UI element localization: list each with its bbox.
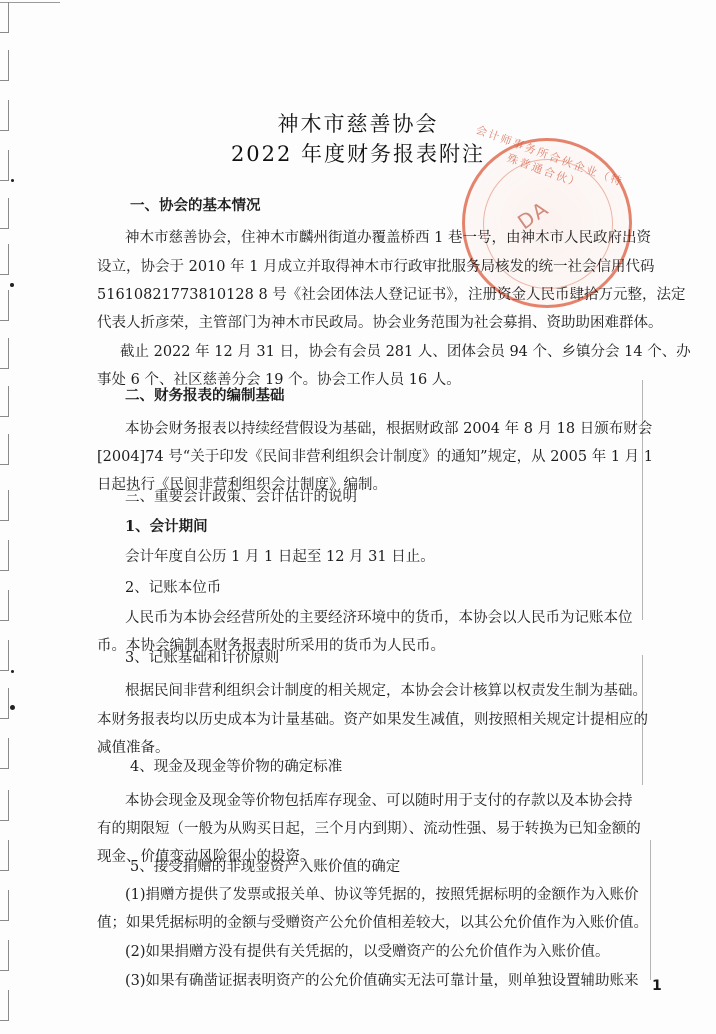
binding-mark [0, 244, 9, 275]
binding-mark [0, 198, 9, 229]
section-heading-1: 一、协会的基本情况 [130, 196, 261, 216]
scan-speck [10, 283, 14, 287]
paragraph-line: 减值准备。 [97, 738, 170, 758]
binding-mark [0, 590, 9, 621]
paragraph-line: 截止 2022 年 12 月 31 日，协会有会员 281 人、团体会员 94 … [120, 342, 691, 362]
binding-mark [0, 434, 9, 465]
page-number: 1 [652, 978, 662, 994]
paragraph-line: 人民币为本协会经营所处的主要经济环境中的货币，本协会以人民币为记账本位 [125, 608, 633, 628]
paragraph-line: 本财务报表均以历史成本为计量基础。资产如果发生减值，则按照相关规定计提相应的 [97, 710, 648, 730]
official-seal-stamp: 会计师事务所合伙企业（特殊普通合伙） DA [462, 138, 632, 308]
paragraph-line: (3)如果有确凿证据表明资产的公允价值确实无法可靠计量，则单独设置辅助账来 [125, 971, 639, 991]
right-edge-rule [650, 840, 651, 980]
binding-mark [0, 290, 9, 321]
subsection-heading: 4、现金及现金等价物的确定标准 [130, 757, 342, 777]
binding-mark [0, 990, 9, 1021]
paragraph-line: 本协会现金及现金等价物包括库存现金、可以随时用于支付的存款以及本协会持 [125, 791, 633, 811]
scan-speck [10, 705, 15, 710]
subsection-heading: 3、记账基础和计价原则 [125, 648, 279, 668]
section-heading-3: 三、重要会计政策、会计估计的说明 [125, 487, 357, 507]
subsection-heading: 5、接受捐赠的非现金资产入账价值的确定 [130, 857, 400, 877]
binding-mark [0, 890, 9, 921]
binding-mark [0, 640, 9, 671]
paragraph-line: 本协会财务报表以持续经营假设为基础，根据财政部 2004 年 8 月 18 日颁… [125, 419, 652, 439]
scan-speck [11, 179, 14, 182]
paragraph-line: 代表人折彦荣，主管部门为神木市民政局。协会业务范围为社会募捐、资助助困难群体。 [97, 313, 663, 333]
scan-speck [11, 670, 14, 673]
binding-mark [0, 688, 9, 719]
binding-mark [0, 386, 9, 417]
subsection-heading: 2、记账本位币 [125, 578, 221, 598]
document-page: 神木市慈善协会 2022 年度财务报表附注 会计师事务所合伙企业（特殊普通合伙）… [0, 0, 716, 1034]
binding-mark [0, 940, 9, 971]
binding-mark [0, 490, 9, 521]
paragraph-line: 有的期限短（一般为从购买日起，三个月内到期）、流动性强、易于转换为已知金额的 [97, 819, 641, 839]
right-edge-rule [642, 380, 643, 620]
paragraph-line: (2)如果捐赠方没有提供有关凭据的，以受赠资产的公允价值作为入账价值。 [125, 942, 610, 962]
binding-mark [0, 738, 9, 769]
paragraph-line: 值；如果凭据标明的金额与受赠资产公允价值相差较大，以其公允价值作为入账价值。 [97, 913, 648, 933]
binding-mark [0, 790, 9, 821]
section-heading-2: 二、财务报表的编制基础 [125, 386, 285, 406]
binding-mark [0, 338, 9, 369]
binding-mark [0, 840, 9, 871]
paragraph-line: [2004]74 号“关于印发《民间非营利组织会计制度》的通知”规定，从 200… [97, 447, 653, 467]
paragraph-line: 设立，协会于 2010 年 1 月成立并取得神木市行政审批服务局核发的统一社会信… [97, 257, 655, 277]
subsection-heading: 1、会计期间 [125, 517, 208, 537]
paragraph-line: 51610821773810128 8 号《社会团体法人登记证书》，注册资金人民… [97, 285, 686, 305]
binding-mark [0, 50, 9, 81]
paragraph-line: 根据民间非营利组织会计制度的相关规定，本协会会计核算以权责发生制为基础。 [125, 681, 647, 701]
paragraph-line: 会计年度自公历 1 月 1 日起至 12 月 31 日止。 [125, 547, 435, 567]
paragraph-line: (1)捐赠方提供了发票或报关单、协议等凭据的，按照凭据标明的金额作为入账价 [125, 885, 639, 905]
binding-mark [0, 540, 9, 571]
paragraph-line: 神木市慈善协会，住神木市麟州街道办覆盖桥西 1 巷一号，由神木市人民政府出资 [125, 228, 651, 248]
document-title: 神木市慈善协会 [0, 108, 716, 138]
binding-mark [0, 2, 9, 33]
